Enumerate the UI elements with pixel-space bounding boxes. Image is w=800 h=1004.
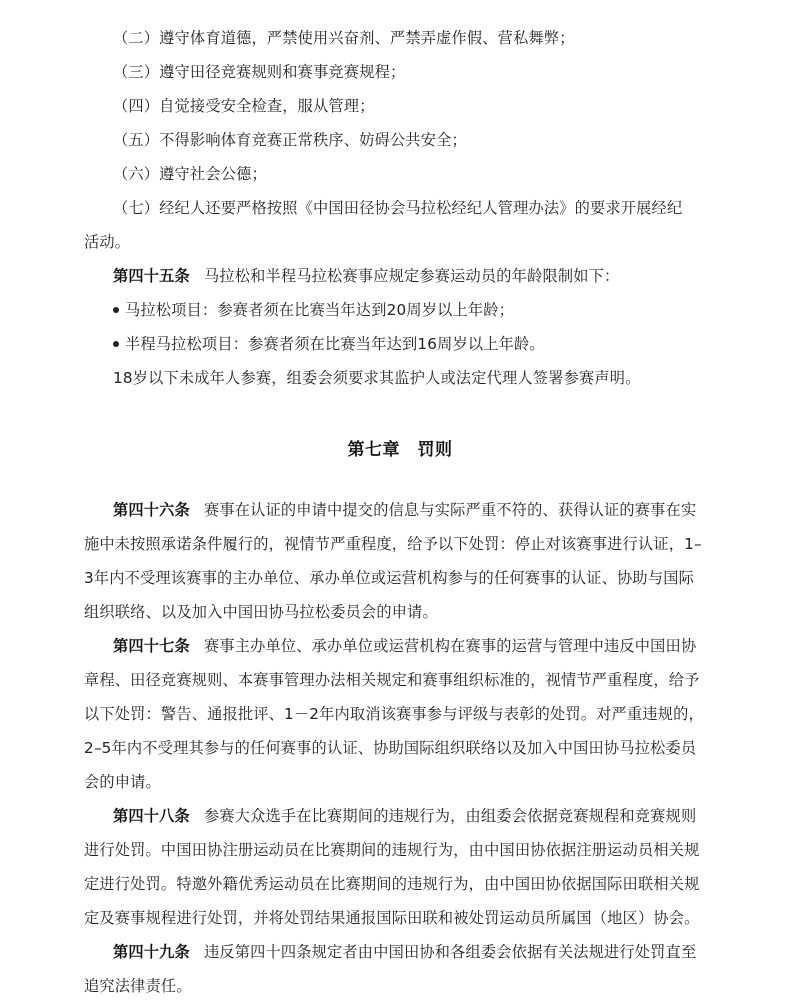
article-45-title: 第四十五条 xyxy=(113,267,190,285)
document-page: （二）遵守体育道德，严禁使用兴奋剂、严禁弄虚作假、营私舞弊； （三）遵守田径竞赛… xyxy=(0,0,800,1004)
article-45-bullet-2: 半程马拉松项目：参赛者须在比赛当年达到16周岁以上年龄。 xyxy=(113,334,545,354)
article-46-line1: 第四十六条赛事在认证的申请中提交的信息与实际严重不符的、获得认证的赛事在实 xyxy=(113,500,696,520)
article-47-line2: 章程、田径竞赛规则、本赛事管理办法相关规定和赛事组织标准的，视情节严重程度，给予 xyxy=(84,670,700,690)
list-item-7-line2: 活动。 xyxy=(84,232,130,252)
article-45-bullet-1: 马拉松项目：参赛者须在比赛当年达到20周岁以上年龄； xyxy=(113,300,514,320)
list-item-2: （二）遵守体育道德，严禁使用兴奋剂、严禁弄虚作假、营私舞弊； xyxy=(113,28,575,48)
list-item-5: （五）不得影响体育竞赛正常秩序、妨碍公共安全； xyxy=(113,130,467,150)
bullet-icon xyxy=(113,307,119,313)
article-47-line5: 会的申请。 xyxy=(84,772,161,792)
list-item-3: （三）遵守田径竞赛规则和赛事竞赛规程； xyxy=(113,62,405,82)
article-49-line1: 第四十九条违反第四十四条规定者由中国田协和各组委会依据有关法规进行处罚直至 xyxy=(113,942,696,962)
article-46-line2: 施中未按照承诺条件履行的，视情节严重程度，给予以下处罚：停止对该赛事进行认证，1… xyxy=(84,534,702,554)
article-45-text: 马拉松和半程马拉松赛事应规定参赛运动员的年龄限制如下： xyxy=(204,267,619,285)
article-48-line3: 定进行处罚。特邀外籍优秀运动员在比赛期间的违规行为，由中国田协依据国际田联相关规 xyxy=(84,874,700,894)
article-46-line3: 3年内不受理该赛事的主办单位、承办单位或运营机构参与的任何赛事的认证、协助与国际 xyxy=(84,568,694,588)
article-47-line3: 以下处罚：警告、通报批评、1－2年内取消该赛事参与评级与表彰的处罚。对严重违规的… xyxy=(84,704,704,724)
article-45-note: 18岁以下未成年人参赛，组委会须要求其监护人或法定代理人签署参赛声明。 xyxy=(113,368,641,388)
article-47-line1: 第四十七条赛事主办单位、承办单位或运营机构在赛事的运营与管理中违反中国田协 xyxy=(113,636,696,656)
bullet-icon xyxy=(113,341,119,347)
list-item-4: （四）自觉接受安全检查，服从管理； xyxy=(113,96,375,116)
article-47-title: 第四十七条 xyxy=(113,637,190,655)
list-item-7-line1: （七）经纪人还要严格按照《中国田径协会马拉松经纪人管理办法》的要求开展经纪 xyxy=(113,198,682,218)
article-49-title: 第四十九条 xyxy=(113,943,190,961)
list-item-6: （六）遵守社会公德； xyxy=(113,164,267,184)
article-46-title: 第四十六条 xyxy=(113,501,190,519)
article-48-line2: 进行处罚。中国田协注册运动员在比赛期间的违规行为，由中国田协依据注册运动员相关规 xyxy=(84,840,700,860)
article-49-line2: 追究法律责任。 xyxy=(84,976,192,996)
article-46-line4: 组织联络、以及加入中国田协马拉松委员会的申请。 xyxy=(84,602,438,622)
article-48-line4: 定及赛事规程进行处罚，并将处罚结果通报国际田联和被处罚运动员所属国（地区）协会。 xyxy=(84,908,700,928)
article-47-line4: 2–5年内不受理其参与的任何赛事的认证、协助国际组织联络以及加入中国田协马拉松委… xyxy=(84,738,696,758)
article-48-title: 第四十八条 xyxy=(113,807,190,825)
article-48-line1: 第四十八条参赛大众选手在比赛期间的违规行为，由组委会依据竞赛规程和竞赛规则 xyxy=(113,806,696,826)
article-45-line: 第四十五条马拉松和半程马拉松赛事应规定参赛运动员的年龄限制如下： xyxy=(113,266,619,286)
chapter-heading: 第七章 罚则 xyxy=(0,439,800,461)
